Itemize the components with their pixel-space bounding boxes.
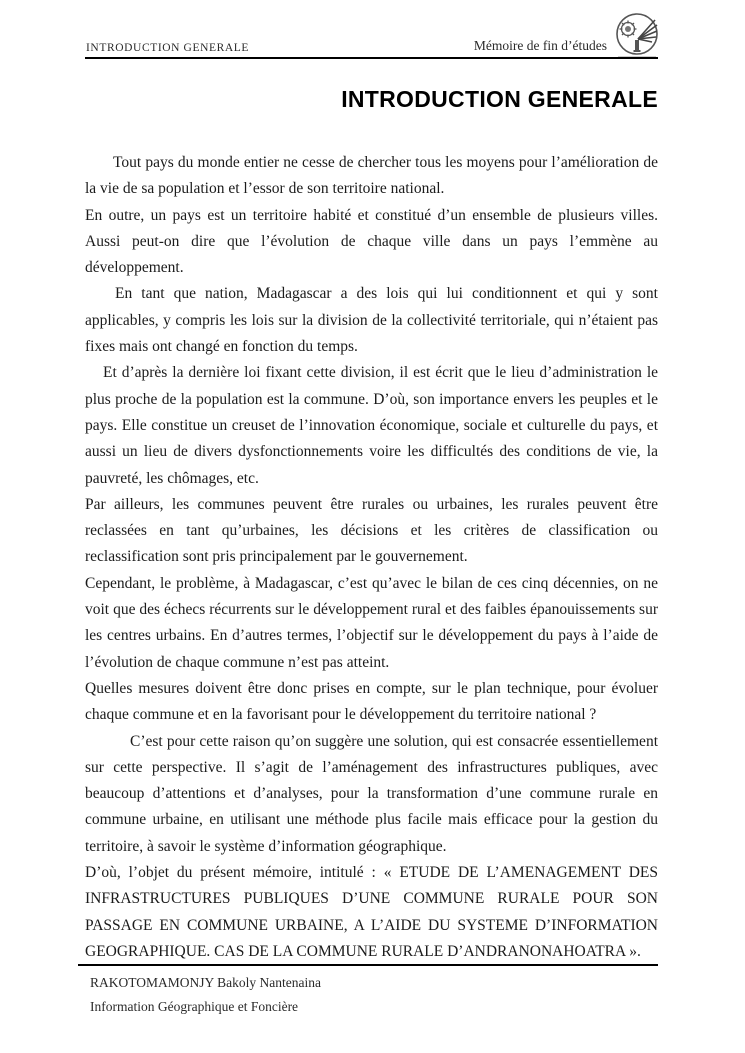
header-divider: [85, 57, 658, 59]
paragraph: D’où, l’objet du présent mémoire, intitu…: [85, 860, 658, 965]
paragraph: Quelles mesures doivent être donc prises…: [85, 676, 658, 729]
footer-department: Information Géographique et Foncière: [90, 999, 298, 1015]
school-emblem-icon: [612, 12, 662, 62]
running-header-document-type: Mémoire de fin d’études: [474, 38, 607, 54]
document-page: INTRODUCTION GENERALE Mémoire de fin d’é…: [0, 0, 745, 1053]
paragraph: En tant que nation, Madagascar a des loi…: [85, 281, 658, 360]
running-header-section: INTRODUCTION GENERALE: [86, 42, 249, 54]
footer-author-name: RAKOTOMAMONJY Bakoly Nantenaina: [90, 975, 321, 991]
footer-divider: [78, 964, 658, 966]
body-text: Tout pays du monde entier ne cesse de ch…: [85, 150, 658, 965]
paragraph: C’est pour cette raison qu’on suggère un…: [85, 729, 658, 860]
page-title: INTRODUCTION GENERALE: [85, 86, 658, 113]
paragraph: Par ailleurs, les communes peuvent être …: [85, 492, 658, 571]
paragraph: Tout pays du monde entier ne cesse de ch…: [85, 150, 658, 203]
paragraph: Cependant, le problème, à Madagascar, c’…: [85, 571, 658, 676]
paragraph: En outre, un pays est un territoire habi…: [85, 203, 658, 282]
paragraph: Et d’après la dernière loi fixant cette …: [85, 360, 658, 491]
